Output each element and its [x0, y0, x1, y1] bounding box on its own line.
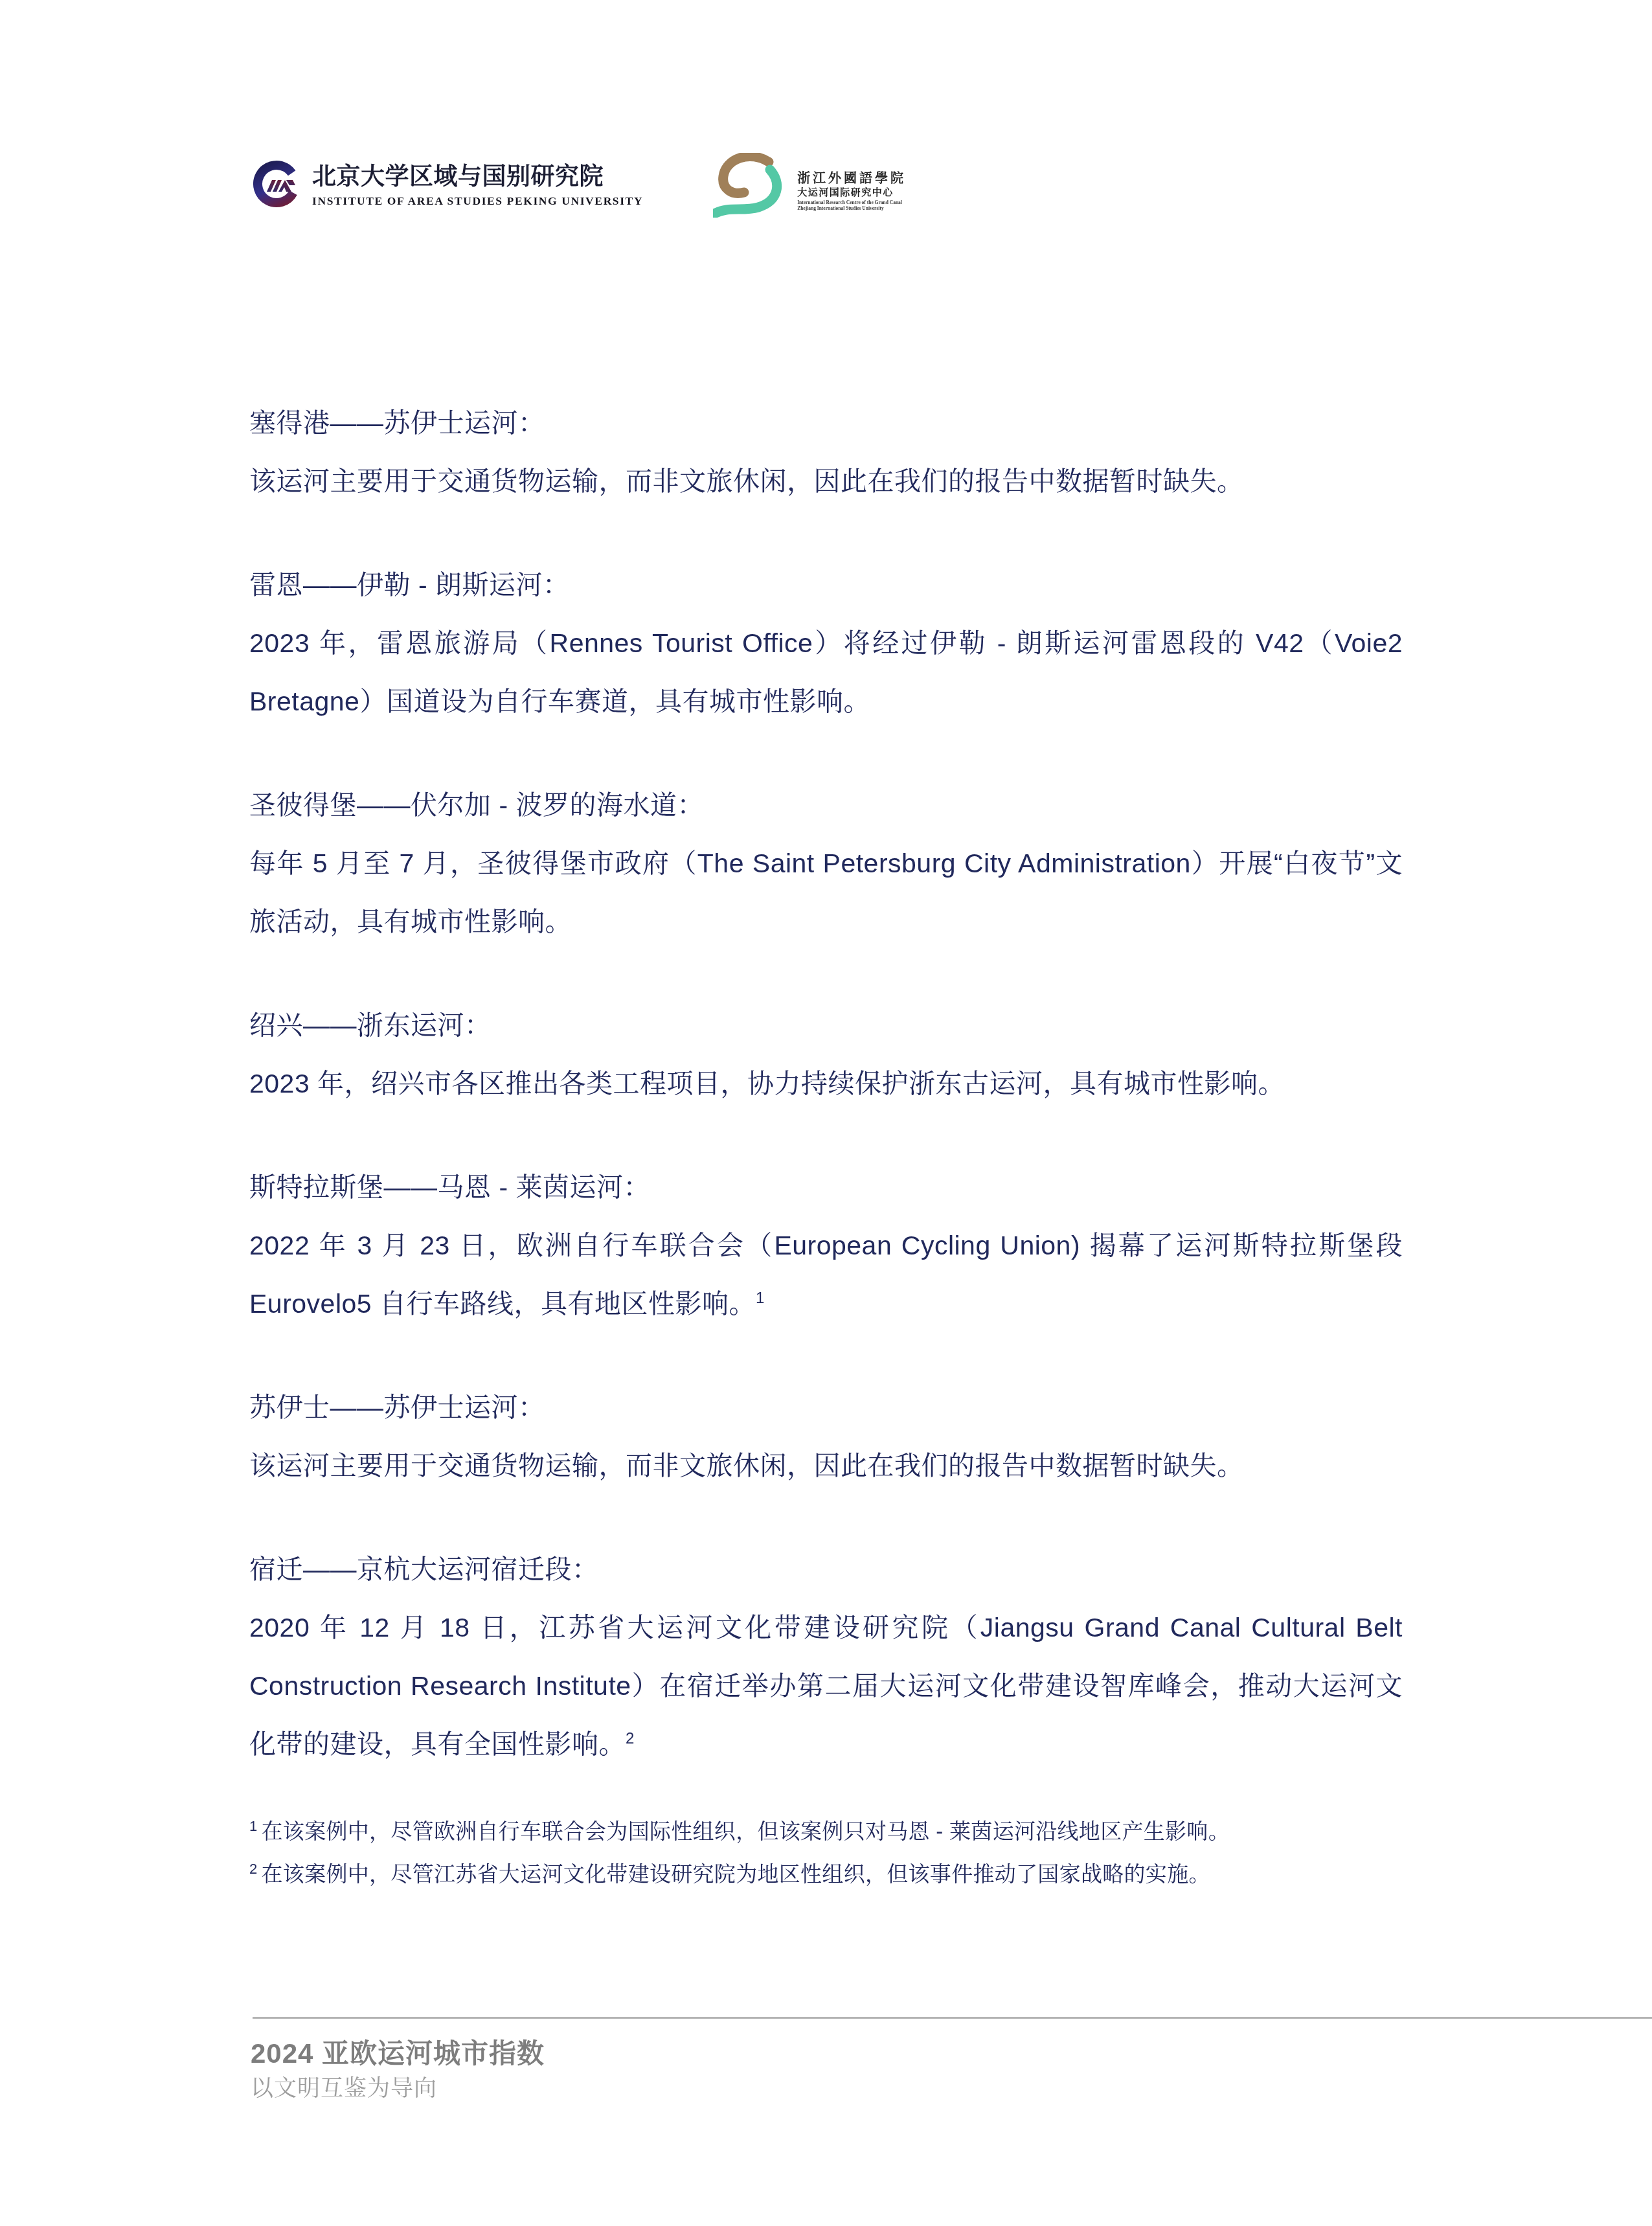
footer-divider [253, 2017, 1652, 2019]
pku-ias-name-en: INSTITUTE OF AREA STUDIES PEKING UNIVERS… [312, 194, 643, 208]
footnote-1: 1在该案例中，尽管欧洲自行车联合会为国际性组织，但该案例只对马恩 - 莱茵运河沿… [249, 1810, 1403, 1853]
section-body: 2020 年 12 月 18 日，江苏省大运河文化带建设研究院（Jiangsu … [249, 1598, 1403, 1773]
zisu-brush-s-icon [713, 153, 791, 221]
footer-report-subtitle: 以文明互鉴为导向 [251, 2074, 437, 2103]
section-suez: 苏伊士——苏伊士运河： 该运河主要用于交通货物运输，而非文旅休闲，因此在我们的报… [249, 1378, 1403, 1495]
section-saint-petersburg: 圣彼得堡——伏尔加 - 波罗的海水道： 每年 5 月至 7 月，圣彼得堡市政府（… [249, 776, 1403, 951]
header-logos: 北京大学区域与国别研究院 INSTITUTE OF AREA STUDIES P… [253, 153, 906, 221]
zisu-logo-text: 浙江外國語學院 大运河国际研究中心 International Research… [797, 171, 906, 211]
section-body: 该运河主要用于交通货物运输，而非文旅休闲，因此在我们的报告中数据暂时缺失。 [249, 1437, 1403, 1495]
section-heading: 绍兴——浙东运河： [249, 996, 1403, 1054]
zisu-centre-name-en: International Research Centre of the Gra… [797, 199, 906, 205]
section-heading: 斯特拉斯堡——马恩 - 莱茵运河： [249, 1158, 1403, 1216]
pku-ias-logo: 北京大学区域与国别研究院 INSTITUTE OF AREA STUDIES P… [253, 153, 643, 216]
footnote-marker: 2 [249, 1861, 258, 1877]
section-heading: 宿迁——京杭大运河宿迁段： [249, 1540, 1403, 1598]
section-body: 2022 年 3 月 23 日，欧洲自行车联合会（European Cyclin… [249, 1216, 1403, 1333]
pku-ias-name-cn: 北京大学区域与国别研究院 [312, 163, 643, 192]
section-port-said: 塞得港——苏伊士运河： 该运河主要用于交通货物运输，而非文旅休闲，因此在我们的报… [249, 394, 1403, 510]
footnotes: 1在该案例中，尽管欧洲自行车联合会为国际性组织，但该案例只对马恩 - 莱茵运河沿… [249, 1810, 1403, 1896]
section-heading: 苏伊士——苏伊士运河： [249, 1378, 1403, 1437]
footnote-ref-1: 1 [756, 1289, 765, 1307]
footnote-2: 2在该案例中，尽管江苏省大运河文化带建设研究院为地区性组织，但该事件推动了国家战… [249, 1853, 1403, 1896]
section-body: 2023 年，绍兴市各区推出各类工程项目，协力持续保护浙东古运河，具有城市性影响… [249, 1054, 1403, 1113]
section-body: 2023 年，雷恩旅游局（Rennes Tourist Office）将经过伊勒… [249, 614, 1403, 731]
section-heading: 雷恩——伊勒 - 朗斯运河： [249, 556, 1403, 614]
section-heading: 塞得港——苏伊士运河： [249, 394, 1403, 452]
zisu-grand-canal-logo: 浙江外國語學院 大运河国际研究中心 International Research… [713, 153, 906, 221]
pku-ias-logo-text: 北京大学区域与国别研究院 INSTITUTE OF AREA STUDIES P… [312, 153, 643, 208]
document-page: 北京大学区域与国别研究院 INSTITUTE OF AREA STUDIES P… [0, 0, 1652, 2226]
zisu-name-en: Zhejiang International Studies Universit… [797, 205, 906, 211]
section-body: 该运河主要用于交通货物运输，而非文旅休闲，因此在我们的报告中数据暂时缺失。 [249, 452, 1403, 510]
pku-ias-crescent-icon [253, 153, 303, 216]
zisu-centre-name-cn: 大运河国际研究中心 [797, 187, 906, 199]
section-strasbourg: 斯特拉斯堡——马恩 - 莱茵运河： 2022 年 3 月 23 日，欧洲自行车联… [249, 1158, 1403, 1333]
footnote-marker: 1 [249, 1818, 258, 1834]
section-rennes: 雷恩——伊勒 - 朗斯运河： 2023 年，雷恩旅游局（Rennes Touri… [249, 556, 1403, 731]
footnote-ref-2: 2 [626, 1730, 635, 1747]
section-body: 每年 5 月至 7 月，圣彼得堡市政府（The Saint Petersburg… [249, 834, 1403, 951]
section-heading: 圣彼得堡——伏尔加 - 波罗的海水道： [249, 776, 1403, 834]
footer-report-title: 2024 亚欧运河城市指数 [251, 2038, 545, 2070]
main-content: 塞得港——苏伊士运河： 该运河主要用于交通货物运输，而非文旅休闲，因此在我们的报… [249, 394, 1403, 1819]
zisu-name-cn: 浙江外國語學院 [797, 171, 906, 187]
section-suqian: 宿迁——京杭大运河宿迁段： 2020 年 12 月 18 日，江苏省大运河文化带… [249, 1540, 1403, 1773]
section-shaoxing: 绍兴——浙东运河： 2023 年，绍兴市各区推出各类工程项目，协力持续保护浙东古… [249, 996, 1403, 1113]
